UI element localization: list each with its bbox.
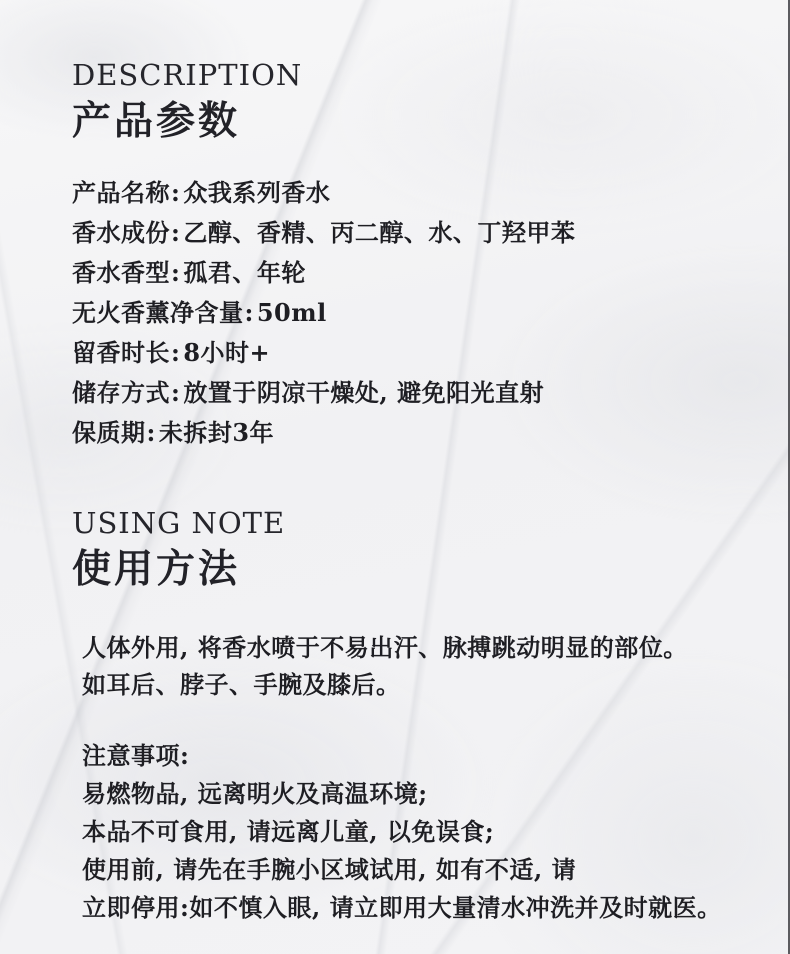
notice-line: 立即停用:如不慎入眼, 请立即用大量清水冲洗并及时就医。	[82, 889, 750, 927]
usage-instructions: 人体外用, 将香水喷于不易出汗、脉搏跳动明显的部位。 如耳后、脖子、手腕及膝后。	[82, 629, 750, 703]
param-label: 香水香型	[72, 258, 170, 287]
param-separator: :	[146, 418, 159, 447]
description-heading-en: DESCRIPTION	[72, 58, 750, 92]
param-row-net-content: 无火香薰净含量:50ml	[72, 293, 750, 333]
param-label: 保质期	[72, 418, 146, 447]
param-separator: :	[170, 218, 183, 247]
param-row-longevity: 留香时长:8小时+	[72, 333, 750, 373]
param-value: 放置于阴凉干燥处, 避免阳光直射	[183, 378, 544, 407]
param-row-ingredients: 香水成份:乙醇、香精、丙二醇、水、丁羟甲苯	[72, 213, 750, 253]
notice-line: 易燃物品, 远离明火及高温环境;	[82, 775, 750, 813]
description-section: DESCRIPTION 产品参数 产品名称:众我系列香水 香水成份:乙醇、香精、…	[72, 58, 750, 453]
usage-line: 如耳后、脖子、手腕及膝后。	[82, 666, 750, 703]
param-value: 未拆封3年	[159, 418, 274, 447]
description-heading-zh: 产品参数	[72, 97, 750, 145]
param-row-shelf-life: 保质期:未拆封3年	[72, 413, 750, 453]
using-note-heading-zh: 使用方法	[72, 545, 750, 593]
param-value: 众我系列香水	[183, 178, 330, 207]
param-label: 产品名称	[72, 178, 170, 207]
notice-line: 本品不可食用, 请远离儿童, 以免误食;	[82, 813, 750, 851]
param-value: 乙醇、香精、丙二醇、水、丁羟甲苯	[183, 218, 575, 247]
param-value: 8小时+	[183, 338, 270, 367]
param-value: 孤君、年轮	[183, 258, 306, 287]
product-params-list: 产品名称:众我系列香水 香水成份:乙醇、香精、丙二醇、水、丁羟甲苯 香水香型:孤…	[72, 173, 750, 453]
param-label: 储存方式	[72, 378, 170, 407]
product-description-page: DESCRIPTION 产品参数 产品名称:众我系列香水 香水成份:乙醇、香精、…	[0, 0, 790, 954]
param-separator: :	[244, 298, 257, 327]
notice-block: 注意事项: 易燃物品, 远离明火及高温环境; 本品不可食用, 请远离儿童, 以免…	[82, 737, 750, 927]
param-separator: :	[170, 378, 183, 407]
notice-line: 使用前, 请先在手腕小区域试用, 如有不适, 请	[82, 851, 750, 889]
param-row-product-name: 产品名称:众我系列香水	[72, 173, 750, 213]
param-value: 50ml	[257, 298, 327, 327]
usage-line: 人体外用, 将香水喷于不易出汗、脉搏跳动明显的部位。	[82, 629, 750, 666]
param-row-storage: 储存方式:放置于阴凉干燥处, 避免阳光直射	[72, 373, 750, 413]
page-content: DESCRIPTION 产品参数 产品名称:众我系列香水 香水成份:乙醇、香精、…	[72, 58, 750, 927]
param-separator: :	[170, 258, 183, 287]
using-note-section: USING NOTE 使用方法 人体外用, 将香水喷于不易出汗、脉搏跳动明显的部…	[72, 506, 750, 927]
using-note-heading-en: USING NOTE	[72, 506, 750, 540]
param-separator: :	[170, 178, 183, 207]
notice-title: 注意事项:	[82, 737, 750, 775]
param-row-scent-type: 香水香型:孤君、年轮	[72, 253, 750, 293]
param-label: 无火香薰净含量	[72, 298, 244, 327]
param-separator: :	[170, 338, 183, 367]
param-label: 留香时长	[72, 338, 170, 367]
param-label: 香水成份	[72, 218, 170, 247]
